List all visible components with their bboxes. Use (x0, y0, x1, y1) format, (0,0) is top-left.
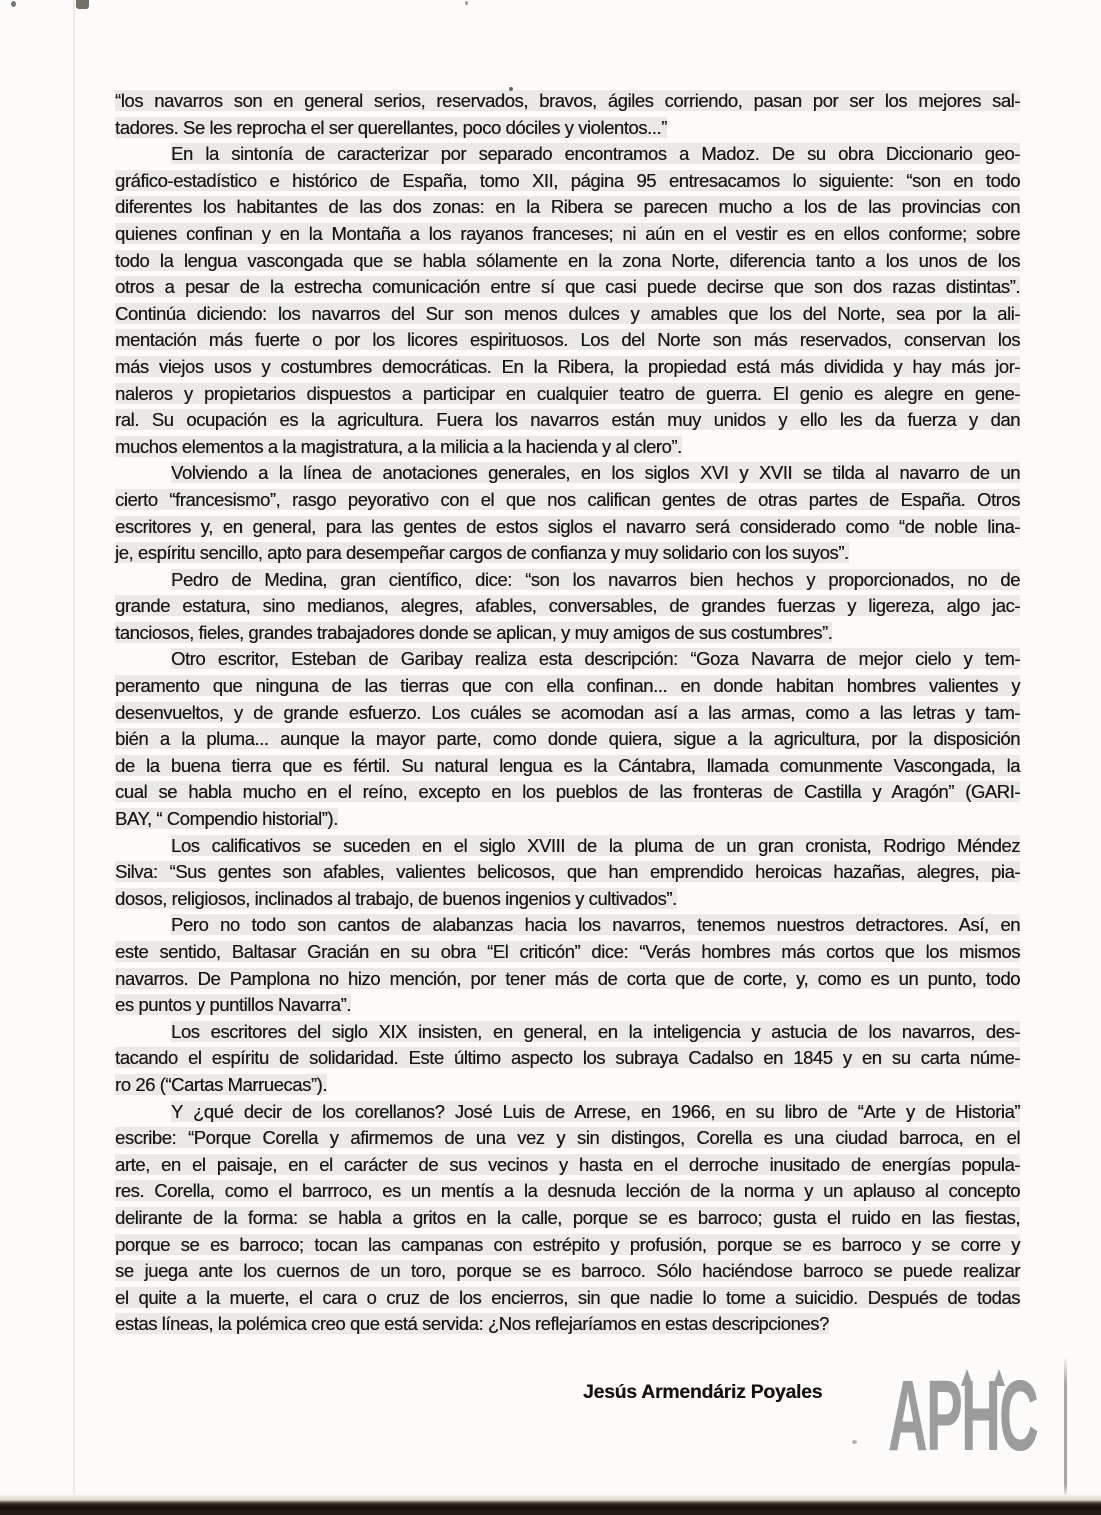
text-line: todo la lengua vascongada que se habla s… (115, 248, 1020, 275)
text-line-content: Continúa diciendo: los navarros del Sur … (115, 303, 1020, 324)
aphc-watermark-spire-icon (993, 1369, 1005, 1386)
text-line-content: Otro escritor, Esteban de Garibay realiz… (171, 648, 1020, 669)
text-line: el quite a la muerte, el cara o cruz de … (115, 1285, 1020, 1312)
text-line: Volviendo a la línea de anotaciones gene… (115, 460, 1020, 487)
text-line-content: delirante de la forma: se habla a gritos… (115, 1207, 1020, 1228)
text-line: Silva: “Sus gentes son afables, valiente… (115, 859, 1020, 886)
scan-corner-mark (76, 0, 89, 9)
text-line-content: BAY, “ Compendio historial”). (115, 808, 338, 829)
text-line: dosos, religiosos, inclinados al trabajo… (115, 886, 1020, 913)
text-line-content: Los escritores del siglo XIX insisten, e… (171, 1021, 1020, 1042)
text-line-content: je, espíritu sencillo, apto para desempe… (115, 542, 849, 563)
text-line-content: tacando el espíritu de solidaridad. Este… (115, 1047, 1020, 1068)
text-line: arte, en el paisaje, en el carácter de s… (115, 1152, 1020, 1179)
text-line: estas líneas, la polémica creo que está … (115, 1311, 1020, 1338)
text-line: navarros. De Pamplona no hizo mención, p… (115, 966, 1020, 993)
text-line: quienes confinan y en la Montaña a los r… (115, 221, 1020, 248)
text-line: Los calificativos se suceden en el siglo… (115, 833, 1020, 860)
text-line-content: más viejos usos y costumbres democrática… (115, 356, 1020, 377)
document-body: “los navarros son en general serios, res… (115, 88, 1020, 1338)
paragraph: Los calificativos se suceden en el siglo… (115, 833, 1020, 913)
text-line: tadores. Se les reprocha el ser querella… (115, 115, 1020, 142)
text-line-content: porque se es barroco; tocan las campanas… (115, 1234, 1020, 1255)
text-line-content: muchos elementos a la magistratura, a la… (115, 436, 682, 457)
text-line-content: Y ¿qué decir de los corellanos? José Lui… (171, 1101, 1020, 1122)
text-line: mentación más fuerte o por los licores e… (115, 327, 1020, 354)
text-line: tanciosos, fieles, grandes trabajadores … (115, 620, 1020, 647)
text-line-content: se juega ante los cuernos de un toro, po… (115, 1260, 1020, 1281)
text-line-content: ro 26 (“Cartas Marruecas”). (115, 1074, 327, 1095)
text-line: porque se es barroco; tocan las campanas… (115, 1232, 1020, 1259)
text-line: ro 26 (“Cartas Marruecas”). (115, 1072, 1020, 1099)
paragraph: “los navarros son en general serios, res… (115, 88, 1020, 141)
text-line: peramento que ninguna de las tierras que… (115, 673, 1020, 700)
text-line: escribe: “Porque Corella y afirmemos de … (115, 1125, 1020, 1152)
text-line-content: dosos, religiosos, inclinados al trabajo… (115, 888, 677, 909)
text-line-content: estas líneas, la polémica creo que está … (115, 1313, 829, 1334)
text-line: res. Corella, como el barrroco, es un me… (115, 1178, 1020, 1205)
text-line: delirante de la forma: se habla a gritos… (115, 1205, 1020, 1232)
text-line: cual se habla mucho en el reíno, excepto… (115, 779, 1020, 806)
text-line-content: otros a pesar de la estrecha comunicació… (115, 276, 1020, 297)
text-line: En la sintonía de caracterizar por separ… (115, 141, 1020, 168)
text-line-content: desenvueltos, y de grande esfuerzo. Los … (115, 702, 1020, 723)
text-line-content: navarros. De Pamplona no hizo mención, p… (115, 968, 1020, 989)
text-line: naleros y propietarios dispuestos a part… (115, 381, 1020, 408)
text-line-content: es puntos y puntillos Navarra”. (115, 994, 351, 1015)
text-line: de la buena tierra que es fértil. Su nat… (115, 753, 1020, 780)
text-line: diferentes los habitantes de las dos zon… (115, 194, 1020, 221)
paragraph: Pero no todo son cantos de alabanzas hac… (115, 912, 1020, 1018)
text-line: grande estatura, sino medianos, alegres,… (115, 593, 1020, 620)
author-signature: Jesús Armendáriz Poyales (583, 1381, 822, 1404)
text-line-content: “los navarros son en general serios, res… (115, 90, 1020, 111)
text-line: Los escritores del siglo XIX insisten, e… (115, 1019, 1020, 1046)
text-line: escritores y, en general, para las gente… (115, 514, 1020, 541)
text-line-content: diferentes los habitantes de las dos zon… (115, 196, 1020, 217)
text-line-content: el quite a la muerte, el cara o cruz de … (115, 1287, 1020, 1308)
text-line-content: Silva: “Sus gentes son afables, valiente… (115, 861, 1020, 882)
text-line-content: res. Corella, como el barrroco, es un me… (115, 1180, 1020, 1201)
text-line-content: arte, en el paisaje, en el carácter de s… (115, 1154, 1020, 1175)
scan-page-edge-right (1064, 1356, 1067, 1498)
paragraph: En la sintonía de caracterizar por separ… (115, 141, 1020, 460)
scanned-document-page: “los navarros son en general serios, res… (0, 0, 1101, 1515)
text-line: Y ¿qué decir de los corellanos? José Lui… (115, 1099, 1020, 1126)
text-line-content: gráfico-estadístico e histórico de Españ… (115, 170, 1020, 191)
paragraph: Volviendo a la línea de anotaciones gene… (115, 460, 1020, 566)
paragraph: Pedro de Medina, gran científico, dice: … (115, 567, 1020, 647)
text-line-content: mentación más fuerte o por los licores e… (115, 329, 1020, 350)
text-line-content: de la buena tierra que es fértil. Su nat… (115, 755, 1020, 776)
text-line-content: Pero no todo son cantos de alabanzas hac… (171, 914, 1020, 935)
text-line-content: quienes confinan y en la Montaña a los r… (115, 223, 1020, 244)
text-line: este sentido, Baltasar Gracián en su obr… (115, 939, 1020, 966)
text-line-content: ral. Su ocupación es la agricultura. Fue… (115, 409, 1020, 430)
text-line-content: escritores y, en general, para las gente… (115, 516, 1020, 537)
text-line-content: tadores. Se les reprocha el ser querella… (115, 117, 667, 138)
text-line-content: grande estatura, sino medianos, alegres,… (115, 595, 1020, 616)
paragraph: Los escritores del siglo XIX insisten, e… (115, 1019, 1020, 1099)
text-line: otros a pesar de la estrecha comunicació… (115, 274, 1020, 301)
text-line-content: escribe: “Porque Corella y afirmemos de … (115, 1127, 1020, 1148)
text-line: Otro escritor, Esteban de Garibay realiz… (115, 646, 1020, 673)
scan-speck (11, 1, 16, 7)
text-line-content: tanciosos, fieles, grandes trabajadores … (115, 622, 832, 643)
text-line: ral. Su ocupación es la agricultura. Fue… (115, 407, 1020, 434)
text-line-content: Volviendo a la línea de anotaciones gene… (171, 462, 1020, 483)
text-line: desenvueltos, y de grande esfuerzo. Los … (115, 700, 1020, 727)
aphc-watermark-spire-icon (961, 1369, 973, 1386)
text-line-content: cual se habla mucho en el reíno, excepto… (115, 781, 1020, 802)
text-line: es puntos y puntillos Navarra”. (115, 992, 1020, 1019)
text-line: muchos elementos a la magistratura, a la… (115, 434, 1020, 461)
scan-speck (852, 1440, 857, 1444)
text-line-content: este sentido, Baltasar Gracián en su obr… (115, 941, 1020, 962)
text-line: tacando el espíritu de solidaridad. Este… (115, 1045, 1020, 1072)
text-line-content: Los calificativos se suceden en el siglo… (171, 835, 1020, 856)
text-line-content: En la sintonía de caracterizar por separ… (171, 143, 1020, 164)
text-line-content: todo la lengua vascongada que se habla s… (115, 250, 1020, 271)
text-line: je, espíritu sencillo, apto para desempe… (115, 540, 1020, 567)
text-line-content: Pedro de Medina, gran científico, dice: … (171, 569, 1020, 590)
text-line: Pero no todo son cantos de alabanzas hac… (115, 912, 1020, 939)
paragraph: Y ¿qué decir de los corellanos? José Lui… (115, 1099, 1020, 1338)
text-line: más viejos usos y costumbres democrática… (115, 354, 1020, 381)
text-line-content: naleros y propietarios dispuestos a part… (115, 383, 1020, 404)
text-line: cierto “francesismo”, rasgo peyorativo c… (115, 487, 1020, 514)
paragraph: Otro escritor, Esteban de Garibay realiz… (115, 646, 1020, 832)
text-line-content: peramento que ninguna de las tierras que… (115, 675, 1020, 696)
text-line: bién a la pluma... aunque la mayor parte… (115, 726, 1020, 753)
text-line-content: cierto “francesismo”, rasgo peyorativo c… (115, 489, 1020, 510)
text-line: gráfico-estadístico e histórico de Españ… (115, 168, 1020, 195)
scan-left-crease (73, 0, 75, 1497)
text-line: se juega ante los cuernos de un toro, po… (115, 1258, 1020, 1285)
text-line: Pedro de Medina, gran científico, dice: … (115, 567, 1020, 594)
text-line: “los navarros son en general serios, res… (115, 88, 1020, 115)
text-line: Continúa diciendo: los navarros del Sur … (115, 301, 1020, 328)
text-line-content: bién a la pluma... aunque la mayor parte… (115, 728, 1020, 749)
scan-page-edge-bottom (0, 1495, 1101, 1515)
scan-speck (465, 1, 468, 5)
text-line: BAY, “ Compendio historial”). (115, 806, 1020, 833)
